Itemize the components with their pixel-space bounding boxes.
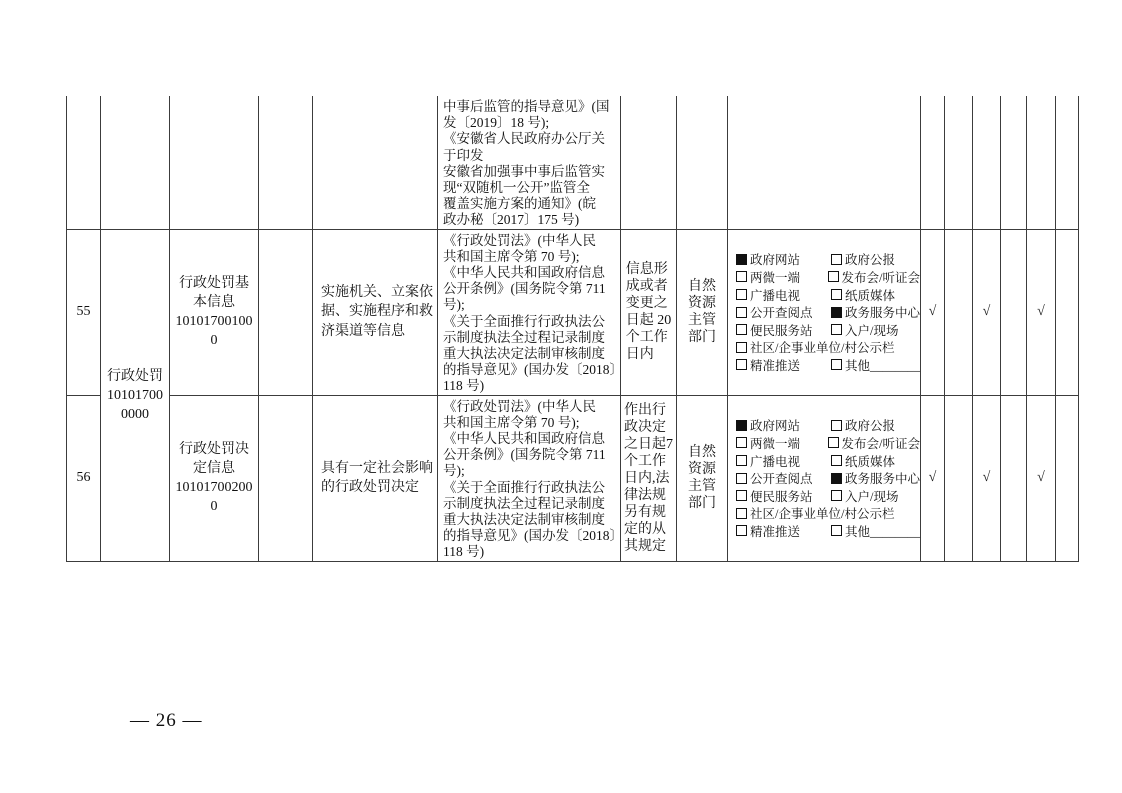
empty-cell [259, 96, 313, 229]
channel-option-label: 发布会/听证会 [842, 434, 920, 452]
unchecked-box-icon [831, 289, 842, 300]
channel-option-label: 公开查阅点 [750, 303, 813, 321]
time-limit-cell: 作出行 政决定 之日起7 个工作 日内,法 律法规 另有规 定的从 其规定 [621, 395, 677, 561]
content-text: 具有一定社会影响 的行政处罚决定 [313, 459, 437, 498]
category-text: 行政处罚 10101700 0000 [101, 367, 169, 424]
checked-box-icon [831, 473, 842, 484]
check-mark: √ [1037, 304, 1045, 319]
channels-checkbox-list: 政府网站政府公报两微一端发布会/听证会广播电视纸质媒体公开查阅点政务服务中心便民… [728, 417, 920, 540]
seq-cell [67, 96, 101, 229]
time-limit-cell: 信息形 成或者 变更之 日起 20 个工作 日内 [621, 229, 677, 395]
channel-line: 广播电视纸质媒体 [736, 286, 920, 304]
check-cell: √ [973, 395, 1001, 561]
legal-basis-text: 《行政处罚法》(中华人民 共和国主席令第 70 号); 《中华人民共和国政府信息… [438, 396, 620, 561]
channel-line: 两微一端发布会/听证会 [736, 434, 920, 452]
channel-option: 政务服务中心 [831, 469, 920, 487]
checked-box-icon [831, 307, 842, 318]
unchecked-box-icon [831, 359, 842, 370]
channel-option-label: 政府网站 [750, 416, 800, 434]
channel-option-label: 两微一端 [750, 268, 800, 286]
channels-cell: 政府网站政府公报两微一端发布会/听证会广播电视纸质媒体公开查阅点政务服务中心便民… [728, 395, 921, 561]
channel-line: 社区/企事业单位/村公示栏 [736, 339, 920, 357]
check-cell [1056, 96, 1079, 229]
channel-option-label: 广播电视 [750, 452, 800, 470]
legal-basis-cell: 《行政处罚法》(中华人民 共和国主席令第 70 号); 《中华人民共和国政府信息… [438, 229, 621, 395]
unchecked-box-icon [736, 473, 747, 484]
table-row-56: 56 行政处罚决 定信息 10101700200 0 具有一定社会影响 的行政处… [67, 395, 1079, 561]
unchecked-box-icon [736, 490, 747, 501]
check-cell [1056, 229, 1079, 395]
channel-option: 社区/企事业单位/村公示栏 [736, 504, 894, 522]
channel-option: 入户/现场 [831, 321, 898, 339]
channel-option: 政府网站 [736, 416, 831, 434]
channel-option-label: 其他________ [845, 522, 920, 540]
channel-option: 广播电视 [736, 452, 831, 470]
channel-option-label: 两微一端 [750, 434, 800, 452]
empty-cell [259, 395, 313, 561]
channel-option-label: 纸质媒体 [845, 452, 895, 470]
check-cell [1027, 96, 1056, 229]
responsible-text: 自然 资源 主管 部门 [688, 278, 716, 346]
channel-option-label: 精准推送 [750, 522, 800, 540]
channel-option: 纸质媒体 [831, 286, 895, 304]
item-name-text: 行政处罚决 定信息 10101700200 0 [170, 440, 258, 516]
check-mark: √ [929, 470, 937, 485]
channel-line: 公开查阅点政务服务中心 [736, 469, 920, 487]
seq-number: 55 [77, 304, 91, 319]
category-cell [101, 96, 170, 229]
channel-option-label: 政府公报 [845, 416, 895, 434]
channel-option-label: 政府网站 [750, 250, 800, 268]
channel-option: 广播电视 [736, 286, 831, 304]
seq-number: 56 [77, 470, 91, 485]
check-cell: √ [1027, 395, 1056, 561]
channel-option-label: 政务服务中心 [845, 303, 920, 321]
category-cell: 行政处罚 10101700 0000 [101, 229, 170, 561]
channel-option-label: 便民服务站 [750, 487, 813, 505]
channel-option: 入户/现场 [831, 487, 898, 505]
time-limit-cell [621, 96, 677, 229]
channel-option: 政务服务中心 [831, 303, 920, 321]
channel-option: 发布会/听证会 [828, 434, 920, 452]
unchecked-box-icon [831, 455, 842, 466]
check-mark: √ [929, 304, 937, 319]
check-cell: √ [921, 229, 945, 395]
table-row-continuation: 中事后监管的指导意见》(国 发〔2019〕18 号); 《安徽省人民政府办公厅关… [67, 96, 1079, 229]
check-cell [1001, 96, 1027, 229]
check-cell [973, 96, 1001, 229]
channel-line: 政府网站政府公报 [736, 417, 920, 435]
unchecked-box-icon [736, 342, 747, 353]
unchecked-box-icon [831, 324, 842, 335]
channel-line: 精准推送其他________ [736, 356, 920, 374]
channel-option: 两微一端 [736, 268, 828, 286]
empty-cell [259, 229, 313, 395]
seq-cell: 56 [67, 395, 101, 561]
content-text: 实施机关、立案依 据、实施程序和救 济渠道等信息 [313, 283, 437, 342]
table-row-55: 55 行政处罚 10101700 0000 行政处罚基 本信息 10101700… [67, 229, 1079, 395]
unchecked-box-icon [736, 525, 747, 536]
page-number: — 26 — [130, 710, 203, 732]
unchecked-box-icon [736, 455, 747, 466]
time-limit-text: 作出行 政决定 之日起7 个工作 日内,法 律法规 另有规 定的从 其规定 [624, 402, 673, 555]
channel-option-label: 纸质媒体 [845, 286, 895, 304]
channel-line: 便民服务站入户/现场 [736, 321, 920, 339]
channel-option-label: 公开查阅点 [750, 469, 813, 487]
legal-basis-cell: 《行政处罚法》(中华人民 共和国主席令第 70 号); 《中华人民共和国政府信息… [438, 395, 621, 561]
channel-option-label: 便民服务站 [750, 321, 813, 339]
unchecked-box-icon [736, 271, 747, 282]
channel-option: 精准推送 [736, 522, 831, 540]
channel-option: 两微一端 [736, 434, 828, 452]
channel-line: 政府网站政府公报 [736, 251, 920, 269]
check-cell: √ [1027, 229, 1056, 395]
channel-option: 政府网站 [736, 250, 831, 268]
unchecked-box-icon [736, 359, 747, 370]
legal-basis-cell: 中事后监管的指导意见》(国 发〔2019〕18 号); 《安徽省人民政府办公厅关… [438, 96, 621, 229]
content-cell: 实施机关、立案依 据、实施程序和救 济渠道等信息 [313, 229, 438, 395]
unchecked-box-icon [736, 307, 747, 318]
channel-option-label: 政府公报 [845, 250, 895, 268]
channel-option: 精准推送 [736, 356, 831, 374]
channel-line: 便民服务站入户/现场 [736, 487, 920, 505]
channel-option-label: 其他________ [845, 356, 920, 374]
check-cell [945, 229, 973, 395]
responsible-text: 自然 资源 主管 部门 [688, 444, 716, 512]
unchecked-box-icon [828, 437, 839, 448]
check-cell [1001, 395, 1027, 561]
channels-cell [728, 96, 921, 229]
checked-box-icon [736, 420, 747, 431]
channel-line: 社区/企事业单位/村公示栏 [736, 505, 920, 523]
unchecked-box-icon [831, 254, 842, 265]
channel-line: 公开查阅点政务服务中心 [736, 303, 920, 321]
checked-box-icon [736, 254, 747, 265]
content-cell [313, 96, 438, 229]
unchecked-box-icon [736, 437, 747, 448]
channel-line: 两微一端发布会/听证会 [736, 268, 920, 286]
content-cell: 具有一定社会影响 的行政处罚决定 [313, 395, 438, 561]
unchecked-box-icon [831, 420, 842, 431]
channel-option-label: 广播电视 [750, 286, 800, 304]
responsible-cell [677, 96, 728, 229]
item-name-text: 行政处罚基 本信息 10101700100 0 [170, 274, 258, 350]
check-cell [1001, 229, 1027, 395]
time-limit-text: 信息形 成或者 变更之 日起 20 个工作 日内 [626, 261, 672, 363]
channels-checkbox-list: 政府网站政府公报两微一端发布会/听证会广播电视纸质媒体公开查阅点政务服务中心便民… [728, 251, 920, 374]
unchecked-box-icon [831, 525, 842, 536]
channel-option-label: 精准推送 [750, 356, 800, 374]
channel-option: 政府公报 [831, 416, 895, 434]
channel-option: 政府公报 [831, 250, 895, 268]
channel-option: 其他________ [831, 522, 920, 540]
unchecked-box-icon [736, 289, 747, 300]
channel-option-label: 入户/现场 [845, 487, 898, 505]
check-cell: √ [921, 395, 945, 561]
document-page: 中事后监管的指导意见》(国 发〔2019〕18 号); 《安徽省人民政府办公厅关… [0, 0, 1122, 793]
check-cell: √ [973, 229, 1001, 395]
responsible-cell: 自然 资源 主管 部门 [677, 395, 728, 561]
channel-option: 其他________ [831, 356, 920, 374]
unchecked-box-icon [831, 490, 842, 501]
seq-cell: 55 [67, 229, 101, 395]
responsible-cell: 自然 资源 主管 部门 [677, 229, 728, 395]
check-cell [945, 96, 973, 229]
channel-option: 公开查阅点 [736, 303, 831, 321]
unchecked-box-icon [736, 508, 747, 519]
channel-option-label: 入户/现场 [845, 321, 898, 339]
channel-line: 精准推送其他________ [736, 522, 920, 540]
channel-option: 纸质媒体 [831, 452, 895, 470]
disclosure-catalog-table: 中事后监管的指导意见》(国 发〔2019〕18 号); 《安徽省人民政府办公厅关… [66, 96, 1079, 562]
item-name-cell: 行政处罚基 本信息 10101700100 0 [170, 229, 259, 395]
channels-cell: 政府网站政府公报两微一端发布会/听证会广播电视纸质媒体公开查阅点政务服务中心便民… [728, 229, 921, 395]
check-cell [1056, 395, 1079, 561]
channel-option-label: 社区/企事业单位/村公示栏 [750, 504, 894, 522]
check-mark: √ [983, 304, 991, 319]
channel-option: 社区/企事业单位/村公示栏 [736, 338, 894, 356]
channel-line: 广播电视纸质媒体 [736, 452, 920, 470]
channel-option-label: 政务服务中心 [845, 469, 920, 487]
item-name-cell: 行政处罚决 定信息 10101700200 0 [170, 395, 259, 561]
legal-basis-text: 中事后监管的指导意见》(国 发〔2019〕18 号); 《安徽省人民政府办公厅关… [438, 96, 620, 229]
unchecked-box-icon [828, 271, 839, 282]
check-cell [921, 96, 945, 229]
check-cell [945, 395, 973, 561]
channel-option: 公开查阅点 [736, 469, 831, 487]
check-mark: √ [1037, 470, 1045, 485]
channel-option: 便民服务站 [736, 321, 831, 339]
item-name-cell [170, 96, 259, 229]
check-mark: √ [983, 470, 991, 485]
channel-option: 便民服务站 [736, 487, 831, 505]
unchecked-box-icon [736, 324, 747, 335]
legal-basis-text: 《行政处罚法》(中华人民 共和国主席令第 70 号); 《中华人民共和国政府信息… [438, 230, 620, 395]
channel-option-label: 社区/企事业单位/村公示栏 [750, 338, 894, 356]
channel-option-label: 发布会/听证会 [842, 268, 920, 286]
channel-option: 发布会/听证会 [828, 268, 920, 286]
